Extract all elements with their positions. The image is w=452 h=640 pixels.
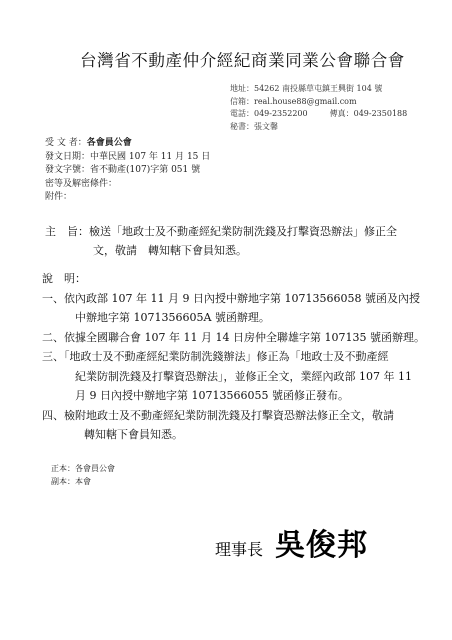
organization-title: 台灣省不動產仲介經紀商業同業公會聯合會 bbox=[80, 47, 405, 71]
doc-no: 省不動產(107)字第 051 號 bbox=[90, 165, 200, 175]
signatory-title: 理事長 bbox=[215, 540, 263, 559]
security-label: 密等及解密條件： bbox=[45, 178, 210, 192]
phone-fax-row: 電話：049-2352200傳真：049-2350188 bbox=[230, 108, 407, 121]
phone: 電話：049-2352200 bbox=[230, 109, 308, 118]
subject-line-2: 文，敬請 轉知轄下會員知悉。 bbox=[45, 241, 397, 260]
item-3-line-1: 三、「地政士及不動產經紀業防制洗錢辦法」修正為「地政士及不動產經 bbox=[42, 347, 425, 367]
explanation-section: 說 明： 一、依內政部 107 年 11 月 9 日內授中辦地字第 107135… bbox=[42, 269, 425, 445]
item-4-marker: 四、 bbox=[42, 409, 64, 422]
email: 信箱：real.house88@gmail.com bbox=[230, 96, 407, 109]
date-label: 發文日期： bbox=[45, 152, 90, 162]
subject-label: 主 旨： bbox=[45, 225, 89, 238]
contact-block: 地址：54262 南投縣草屯鎮王興街 104 號 信箱：real.house88… bbox=[230, 83, 407, 133]
item-1-line-2: 中辦地字第 1071356605A 號函辦理。 bbox=[42, 308, 425, 328]
recipient-row: 受 文 者：各會員公會 bbox=[45, 137, 210, 151]
issue-date: 中華民國 107 年 11 月 15 日 bbox=[90, 152, 210, 162]
copies-section: 正本：各會員公會 副本：本會 bbox=[51, 463, 115, 488]
item-2-marker: 二、 bbox=[42, 331, 64, 344]
signatory-name: 吳俊邦 bbox=[275, 528, 368, 563]
item-1-marker: 一、 bbox=[42, 292, 64, 305]
doc-no-label: 發文字號： bbox=[45, 165, 90, 175]
item-3-marker: 三、 bbox=[42, 350, 64, 363]
item-1-line-1: 一、依內政部 107 年 11 月 9 日內授中辦地字第 10713566058… bbox=[42, 289, 425, 309]
item-4-line-2: 轉知轄下會員知悉。 bbox=[42, 425, 425, 445]
subject-text-1: 檢送「地政士及不動產經紀業防制洗錢及打擊資恐辦法」修正全 bbox=[89, 225, 397, 238]
secretary: 秘書：張文馨 bbox=[230, 121, 407, 134]
attachment-label: 附件： bbox=[45, 191, 210, 205]
recipient: 各會員公會 bbox=[87, 138, 132, 148]
doc-no-row: 發文字號：省不動產(107)字第 051 號 bbox=[45, 164, 210, 178]
fax: 傳真：049-2350188 bbox=[330, 109, 408, 118]
document-meta: 受 文 者：各會員公會 發文日期：中華民國 107 年 11 月 15 日 發文… bbox=[45, 137, 210, 205]
date-row: 發文日期：中華民國 107 年 11 月 15 日 bbox=[45, 151, 210, 165]
subject-section: 主 旨：檢送「地政士及不動產經紀業防制洗錢及打擊資恐辦法」修正全 文，敬請 轉知… bbox=[45, 222, 397, 260]
item-4-line-1: 四、檢附地政士及不動產經紀業防制洗錢及打擊資恐辦法修正全文，敬請 bbox=[42, 406, 425, 426]
item-3-line-2: 紀業防制洗錢及打擊資恐辦法」，並修正全文，業經內政部 107 年 11 bbox=[42, 367, 425, 387]
original-copy: 正本：各會員公會 bbox=[51, 463, 115, 476]
item-3-line-3: 月 9 日內授中辦地字第 10713566055 號函修正發布。 bbox=[42, 386, 425, 406]
recipient-label: 受 文 者： bbox=[45, 138, 87, 148]
signature-block: 理事長吳俊邦 bbox=[215, 520, 368, 564]
address: 地址：54262 南投縣草屯鎮王興街 104 號 bbox=[230, 83, 407, 96]
duplicate-copy: 副本：本會 bbox=[51, 476, 115, 489]
explanation-label: 說 明： bbox=[42, 269, 425, 289]
subject-line-1: 主 旨：檢送「地政士及不動產經紀業防制洗錢及打擊資恐辦法」修正全 bbox=[45, 222, 397, 241]
item-2-line-1: 二、依據全國聯合會 107 年 11 月 14 日房仲全聯雄字第 107135 … bbox=[42, 328, 425, 348]
